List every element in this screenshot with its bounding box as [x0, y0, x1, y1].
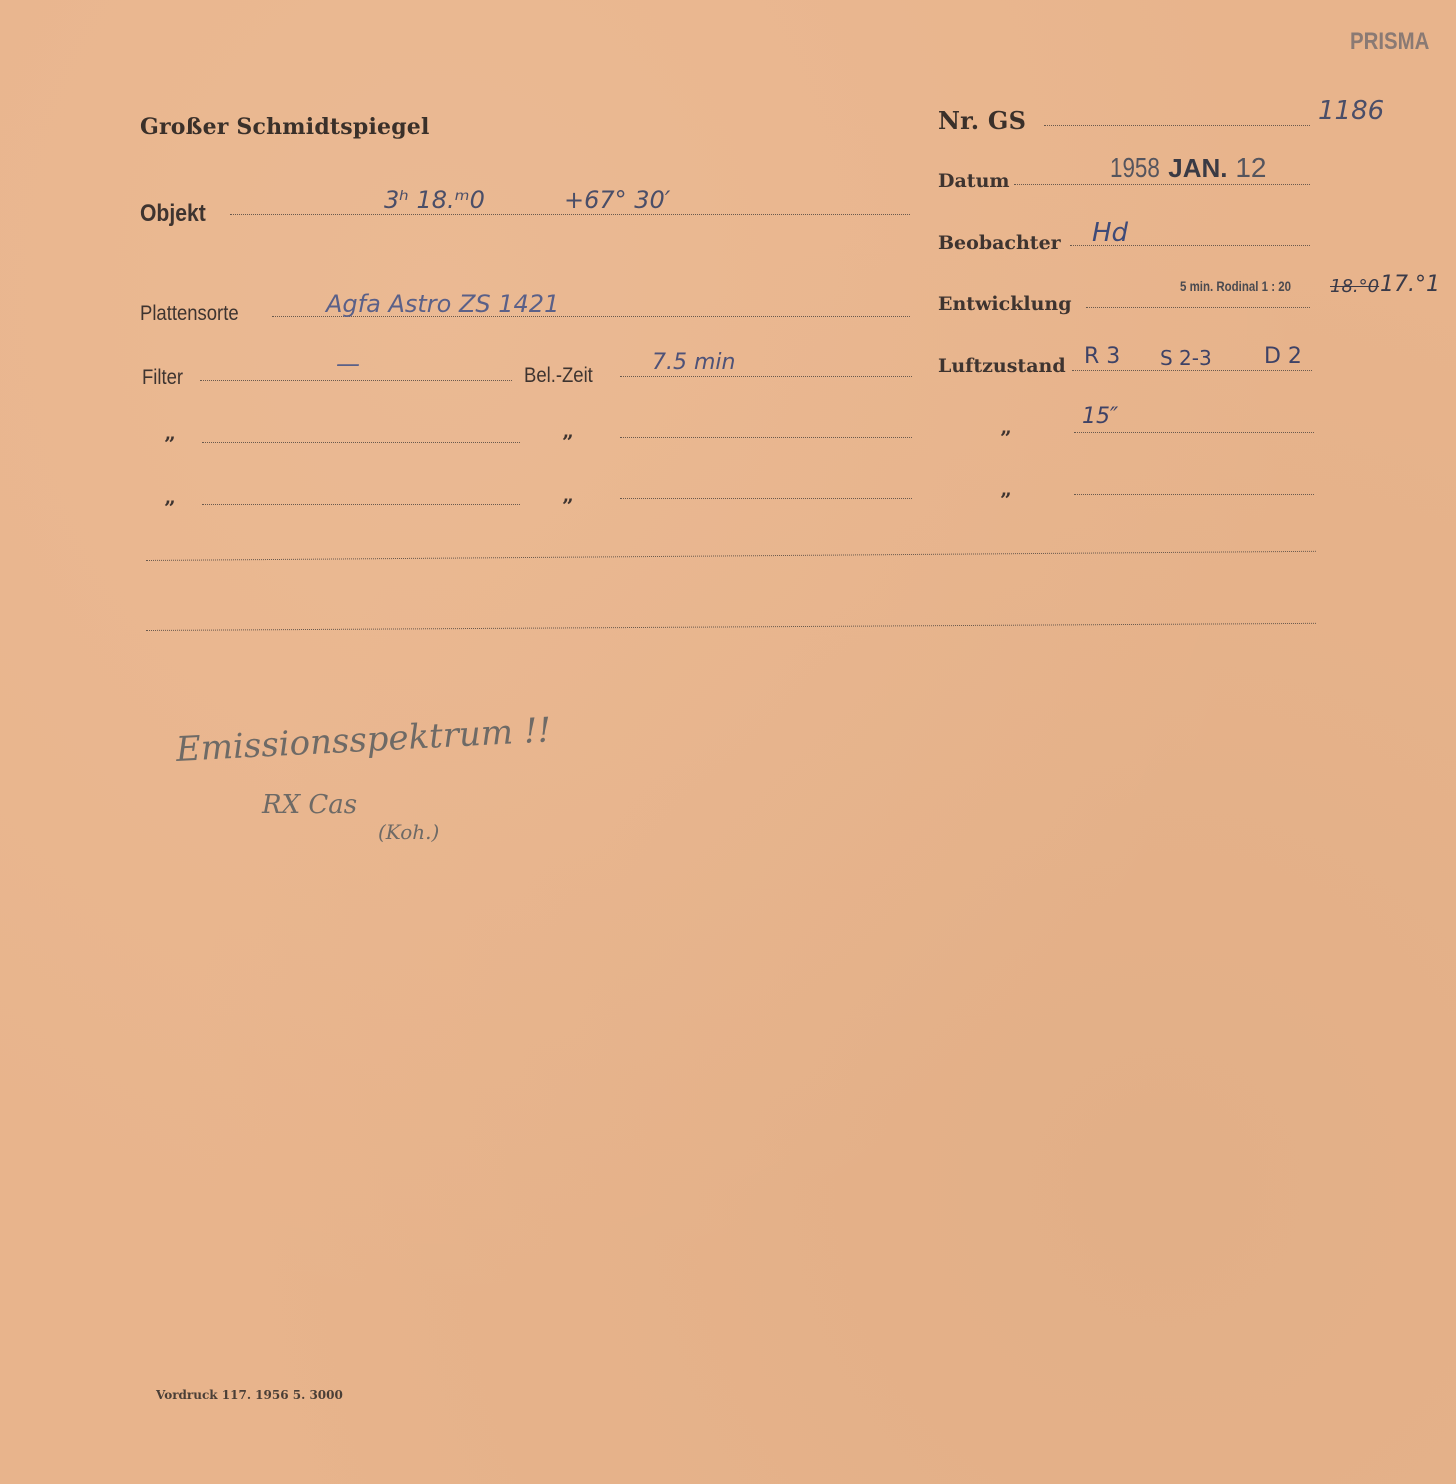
- belzeit-label: Bel.-Zeit: [524, 364, 593, 388]
- filter-row2-line[interactable]: [202, 442, 520, 443]
- ditto-mark-luftzustand-row3: ”: [1000, 488, 1012, 512]
- objekt-line: [230, 214, 910, 215]
- objekt-ra[interactable]: 3ʰ 18.ᵐ0: [384, 186, 485, 214]
- nr-label: Nr. GS: [938, 106, 1026, 135]
- remarks-line-2[interactable]: [146, 623, 1316, 631]
- entwicklung-stamp: 5 min. Rodinal 1 : 20: [1180, 278, 1291, 294]
- beobachter-value[interactable]: Hd: [1092, 218, 1128, 248]
- note-star-name: RX Cas: [262, 790, 357, 820]
- ditto-mark-filter-row2: ”: [164, 432, 176, 456]
- filter-label: Filter: [142, 366, 183, 390]
- ditto-mark-filter-row3: ”: [164, 496, 176, 520]
- datum-label: Datum: [938, 170, 1009, 192]
- belzeit-row2-line[interactable]: [620, 437, 912, 438]
- luftzustand-value-d[interactable]: D 2: [1264, 344, 1302, 369]
- remarks-line-1[interactable]: [146, 551, 1316, 561]
- ditto-mark-luftzustand-row2: ”: [1000, 426, 1012, 450]
- objekt-label: Objekt: [140, 200, 206, 228]
- plattensorte-value[interactable]: Agfa Astro ZS 1421: [326, 290, 559, 318]
- belzeit-value[interactable]: 7.5 min: [652, 350, 735, 375]
- ditto-mark-belzeit-row2: ”: [562, 430, 574, 454]
- form-print-number: Vordruck 117. 1956 5. 3000: [156, 1388, 343, 1402]
- entwicklung-value[interactable]: 17.°1: [1380, 272, 1440, 297]
- entwicklung-label: Entwicklung: [938, 293, 1072, 315]
- beobachter-label: Beobachter: [938, 232, 1061, 254]
- belzeit-line: [620, 376, 912, 377]
- luftzustand-row2-line: [1074, 432, 1314, 433]
- note-initials: (Koh.): [378, 820, 439, 844]
- luftzustand-value-r[interactable]: R 3: [1084, 344, 1120, 369]
- entwicklung-struck-value: 18.°0: [1330, 276, 1379, 297]
- note-emission-spectrum: Emissionsspektrum !!: [175, 710, 552, 770]
- luftzustand-row2-value[interactable]: 15″: [1082, 404, 1118, 429]
- luftzustand-value-s[interactable]: S 2-3: [1160, 346, 1212, 370]
- filter-value[interactable]: —: [336, 350, 360, 378]
- form-title: Großer Schmidtspiegel: [140, 114, 430, 140]
- datum-day: 12: [1235, 152, 1266, 183]
- luftzustand-label: Luftzustand: [938, 355, 1066, 377]
- filter-row3-line[interactable]: [202, 504, 520, 505]
- datum-year: 1958: [1110, 152, 1160, 184]
- corner-stamp: PRISMA: [1350, 28, 1429, 56]
- plattensorte-label: Plattensorte: [140, 302, 239, 326]
- objekt-dec[interactable]: +67° 30′: [564, 186, 670, 214]
- filter-line: [200, 380, 512, 381]
- belzeit-row3-line[interactable]: [620, 498, 912, 499]
- nr-value[interactable]: 1186: [1318, 96, 1384, 126]
- ditto-mark-belzeit-row3: ”: [562, 494, 574, 518]
- luftzustand-line: [1072, 370, 1312, 371]
- entwicklung-line: [1086, 307, 1310, 308]
- datum-line: [1014, 184, 1310, 185]
- datum-month: JAN.: [1168, 153, 1227, 183]
- nr-line: [1044, 125, 1310, 126]
- datum-value[interactable]: 1958JAN. 12: [1110, 152, 1266, 184]
- luftzustand-row3-line[interactable]: [1074, 494, 1314, 495]
